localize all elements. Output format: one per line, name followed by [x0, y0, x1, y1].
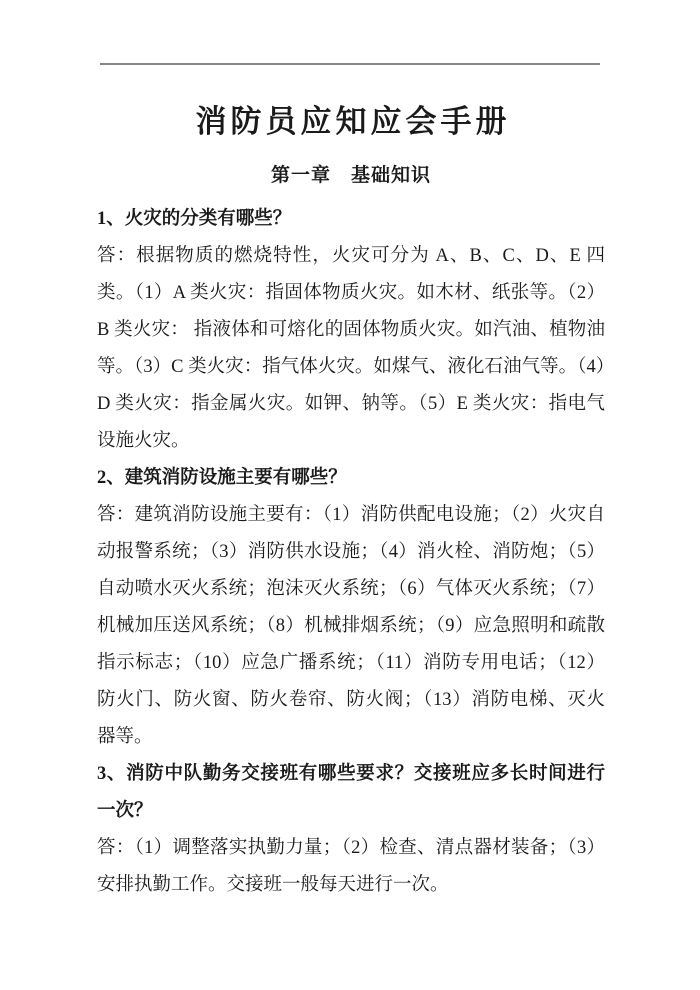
chapter-heading: 第一章 基础知识	[97, 163, 605, 189]
question-text: 2、建筑消防设施主要有哪些？	[97, 460, 605, 497]
header-rule	[100, 63, 600, 65]
answer-text: 答：根据物质的燃烧特性，火灾可分为 A、B、C、D、E 四类。（1）A 类火灾：…	[97, 238, 605, 460]
answer-text: 答：建筑消防设施主要有：（1）消防供配电设施；（2）火灾自动报警系统；（3）消防…	[97, 497, 605, 756]
question-text: 1、火灾的分类有哪些？	[97, 201, 605, 238]
document-page: 消防员应知应会手册 第一章 基础知识 1、火灾的分类有哪些？答：根据物质的燃烧特…	[0, 0, 700, 990]
answer-text: 答：（1）调整落实执勤力量；（2）检查、清点器材装备；（3）安排执勤工作。交接班…	[97, 830, 605, 904]
question-text: 3、消防中队勤务交接班有哪些要求？交接班应多长时间进行一次？	[97, 756, 605, 830]
document-title: 消防员应知应会手册	[97, 101, 605, 143]
qa-list: 1、火灾的分类有哪些？答：根据物质的燃烧特性，火灾可分为 A、B、C、D、E 四…	[97, 201, 605, 904]
